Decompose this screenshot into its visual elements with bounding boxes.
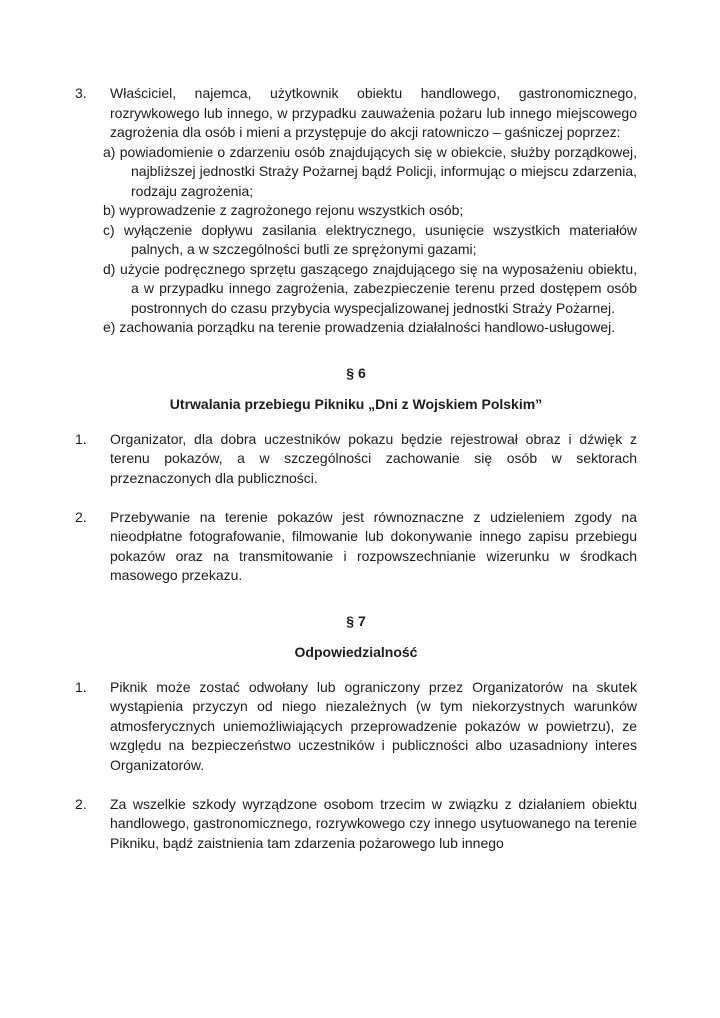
section-title: Utrwalania przebiegu Pikniku „Dni z Wojs… <box>75 395 637 415</box>
item-number: 1. <box>75 430 87 450</box>
item-number: 1. <box>75 678 87 698</box>
list-item-2: 2. Przebywanie na terenie pokazów jest r… <box>75 508 637 586</box>
section-title: Odpowiedzialność <box>75 643 637 663</box>
subitem-a: a) powiadomienie o zdarzeniu osób znajdu… <box>110 143 637 202</box>
subitem-b: b) wyprowadzenie z zagrożonego rejonu ws… <box>110 201 637 221</box>
section-heading: § 6 <box>75 364 637 384</box>
document-content: 3. Właściciel, najemca, użytkownik obiek… <box>75 84 637 853</box>
section-7: § 7 Odpowiedzialność 1. Piknik może zost… <box>75 612 637 854</box>
list-item-2: 2. Za wszelkie szkody wyrządzone osobom … <box>75 795 637 854</box>
item-text: Organizator, dla dobra uczestników pokaz… <box>110 430 637 489</box>
subitem-text: użycie podręcznego sprzętu gaszącego zna… <box>120 261 637 316</box>
item-number: 3. <box>75 84 87 104</box>
list-item-1: 1. Piknik może zostać odwołany lub ogran… <box>75 678 637 776</box>
item-text: Za wszelkie szkody wyrządzone osobom trz… <box>110 795 637 854</box>
subitem-label: b) <box>103 202 115 218</box>
subitem-text: wyłączenie dopływu zasilania elektryczne… <box>124 222 637 258</box>
item-text: Piknik może zostać odwołany lub ogranicz… <box>110 678 637 776</box>
letter-sublist: a) powiadomienie o zdarzeniu osób znajdu… <box>110 143 637 338</box>
subitem-text: zachowania porządku na terenie prowadzen… <box>119 319 615 335</box>
document-page: 3. Właściciel, najemca, użytkownik obiek… <box>0 0 720 1018</box>
subitem-label: a) <box>103 144 115 160</box>
subitem-text: powiadomienie o zdarzeniu osób znajdując… <box>120 144 637 199</box>
item-number: 2. <box>75 508 87 528</box>
subitem-d: d) użycie podręcznego sprzętu gaszącego … <box>110 260 637 319</box>
subitem-label: e) <box>103 319 115 335</box>
subitem-label: c) <box>103 222 115 238</box>
section-6: § 6 Utrwalania przebiegu Pikniku „Dni z … <box>75 364 637 586</box>
item-number: 2. <box>75 795 87 815</box>
subitem-c: c) wyłączenie dopływu zasilania elektryc… <box>110 221 637 260</box>
list-item-1: 1. Organizator, dla dobra uczestników po… <box>75 430 637 489</box>
subitem-label: d) <box>103 261 115 277</box>
item-text: Właściciel, najemca, użytkownik obiektu … <box>110 84 637 143</box>
subitem-e: e) zachowania porządku na terenie prowad… <box>110 318 637 338</box>
list-item-3: 3. Właściciel, najemca, użytkownik obiek… <box>75 84 637 338</box>
section-heading: § 7 <box>75 612 637 632</box>
item-text: Przebywanie na terenie pokazów jest równ… <box>110 508 637 586</box>
subitem-text: wyprowadzenie z zagrożonego rejonu wszys… <box>119 202 463 218</box>
